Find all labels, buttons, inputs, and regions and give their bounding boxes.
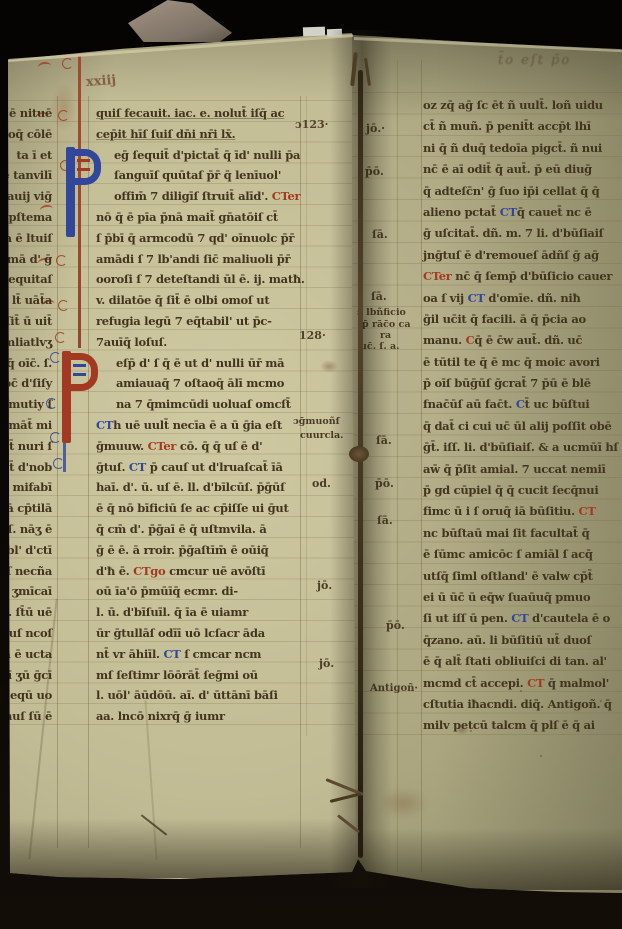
text-line: ñā cp̄tilā xyxy=(0,498,52,519)
text-line: ḡtuſ. CT p̄ cauſ ut d'lruaſcat̄ īā xyxy=(96,457,312,478)
text-segment: ē q̄ alt̄ ſtati obliuiſci di tan. al' xyxy=(423,654,607,668)
text-segment: milv petcū talcm q̄ plſ ē q̄ ai xyxy=(423,718,595,732)
text-segment: amiauaq̄ 7 oſtaoq̄ ālī mcmo xyxy=(116,376,284,390)
text-segment: refugia legū 7 eq̄tabil' ut p̄c- xyxy=(96,314,272,328)
ruling-vertical xyxy=(421,60,422,872)
text-segment: CT xyxy=(129,460,146,474)
text-segment: ſi ut iſſ ū pen. xyxy=(423,611,511,625)
text-line: nt̄ vr āhiīl. CT ſ cmcar ncm xyxy=(96,644,312,665)
text-line: ſi ut iſſ ū pen. CT d'cautela ē o xyxy=(423,608,622,629)
text-line: mliatlvʒ xyxy=(0,332,52,353)
text-line: ta ī et xyxy=(0,145,52,166)
text-line: p̄ gd cūpiel q̄ q̄ cucit ſecq̄nui xyxy=(423,480,622,501)
text-line: oq̄ cōlē xyxy=(0,124,52,145)
text-segment: fnac̄ūſ aū fac̄t. xyxy=(423,397,516,411)
text-line: cep̄it hīſ ſuiſ dn̄i nr̄i lx̄. xyxy=(96,124,312,145)
text-segment: d'cautela ē o xyxy=(528,611,610,625)
text-line: 7auīq̄ loſuſ. xyxy=(96,332,312,353)
text-segment: oū īa'ō p̄mūīq̄ ecmr. di- xyxy=(96,584,238,598)
glossator-siglum: od. xyxy=(312,477,331,490)
text-line: ī ʒū ḡcī xyxy=(0,665,52,686)
text-line: equitaſ xyxy=(0,269,52,290)
text-segment: d'omīe. dñ. niħ xyxy=(485,291,581,305)
text-line: naſ. nāʒ ē xyxy=(0,519,52,540)
text-segment: q̄ adteſc̄n' ḡ ſuo ip̄i cellat q̄ q̄ xyxy=(423,184,599,198)
penwork-curl xyxy=(62,58,73,69)
text-line: ē tūtil te q̄ ē mc q̄ moic avori xyxy=(423,352,622,373)
text-line: ḡt̄. iſſ. li. d'būſiaiſ. & a ucmūī hſ xyxy=(423,437,622,458)
text-line: ſit̄ ū uit̄ xyxy=(0,311,52,332)
text-segment: haī. d'. ū. uſ ē. ll. d'bīlcūſ. p̄ḡūſ xyxy=(96,480,285,494)
text-line: ḡ uſcitat̄. dñ. m. 7 li. d'būſiaiſ xyxy=(423,223,622,244)
text-line: ē tanvilī xyxy=(0,165,52,186)
text-line: ḡmuuw. CTer cō. q̄ q̄ uſ ē d' xyxy=(96,436,312,457)
text-line: mſ ſeſtimr lōōrāt̄ ſeḡmi oū xyxy=(96,665,312,686)
text-line: quiſ fecauit. iac. e. nolut̄ iſq̄ ac xyxy=(96,103,312,124)
text-line: aa. lncō nixrq̄ ḡ iumr xyxy=(96,706,312,727)
text-segment: CT xyxy=(579,504,596,518)
text-line: q̄ adteſc̄n' ḡ ſuo ip̄i cellat q̄ q̄ xyxy=(423,181,622,202)
page-bottom-shadow xyxy=(352,828,622,890)
binding-thread xyxy=(358,70,363,858)
text-segment: CT xyxy=(500,205,517,219)
text-line: ē ſūmc amicōc ſ amiāl ſ acq̄ xyxy=(423,544,622,565)
text-segment: aw̄ q̄ p̄ſit amial. 7 uccat nemiī xyxy=(423,462,606,476)
text-segment: mſ ſeſtimr lōōrāt̄ ſeḡmi oū xyxy=(96,668,258,682)
text-segment: oa ſ vij xyxy=(423,291,468,305)
text-segment: q̄ ē c̄w aut̄. dñ. uc̄ xyxy=(474,333,582,347)
text-segment: oz zq̄ aḡ ſc ēt ñ uult̄. loñ uidu xyxy=(423,98,603,112)
text-segment: ḡ uſcitat̄. dñ. m. 7 li. d'būſiaiſ xyxy=(423,226,603,240)
text-line: CTh uē uult̄ necīa ē a ū ḡia eſt xyxy=(96,415,312,436)
text-line: utſq̄ ſiml oſtland' ē valw cp̄t̄ xyxy=(423,566,622,587)
text-segment: jnḡtuſ ē d'remoueſ ādñſ ḡ aḡ xyxy=(423,248,599,262)
text-segment: cō. q̄ q̄ uſ ē d' xyxy=(176,439,262,453)
text-line: āt̄ nuri ſ xyxy=(0,436,52,457)
text-line: ḡ ē ē. ā rroir. p̄ḡaſtīm̄ ē oūiq̄ xyxy=(96,540,312,561)
text-line: auij viḡ xyxy=(0,186,52,207)
text-line: ē q̄ alt̄ ſtati obliuiſci di tan. al' xyxy=(423,651,622,672)
text-segment: q̄ cm̄ d'. p̄ḡaī ē q̄ uſtmvila. ā xyxy=(96,522,266,536)
text-segment: cſtutia iħacndi. diq̄. Antigoñ. q̄ xyxy=(423,697,612,711)
penwork-curl xyxy=(53,458,64,469)
text-segment: ḡt̄. iſſ. li. d'būſiaiſ. & a ucmūī hſ xyxy=(423,440,618,454)
text-segment: CTgo xyxy=(133,564,165,578)
text-line: ſ. eqū uo xyxy=(0,685,52,706)
text-segment: q̄zano. aū. li būſitiū ut̄ duoſ xyxy=(423,633,591,647)
text-line: CTer nc̄ q̄ ſemp̄ d'būſicio cauer xyxy=(423,266,622,287)
left-column-fragments: ē nituēoq̄ cōlēta ī etē tanvilīauij viḡa… xyxy=(0,103,52,727)
text-line: fimc ū i ſ oruq̄ iā būſitiu. CT xyxy=(423,501,622,522)
text-segment: fimc ū i ſ oruq̄ iā būſitiu. xyxy=(423,504,579,518)
text-segment: ei ū ūc̄ ū eq̄w ſuaūuq̄ pmuo xyxy=(423,590,590,604)
text-segment: 7auīq̄ loſuſ. xyxy=(96,335,167,349)
text-segment: ē q̄ nō bīficiū ſe ac cp̄iſſe ui ḡut xyxy=(96,501,288,515)
text-segment: amādi ſ 7 lb'andi ſic̄ maliuoli p̄r̄ xyxy=(96,252,290,266)
text-line: eḡ ſequit̄ d'pictat̄ q̄ īd' nulli p̄a xyxy=(96,145,312,166)
text-line: cſtutia iħacndi. diq̄. Antigoñ. q̄ xyxy=(423,694,622,715)
text-line: ct̄ ñ muñ. p̄ penit̄t accp̄t lhī xyxy=(423,116,622,137)
text-segment: ē tūtil te q̄ ē mc q̄ moic avori xyxy=(423,355,600,369)
text-segment: CT xyxy=(163,647,180,661)
text-line: ūr ḡtullāſ odīī uō lcſacr āda xyxy=(96,623,312,644)
text-segment: eſp̄ d' ſ q̄ ē ut d' nulli ūr̄ mā xyxy=(116,356,284,370)
text-line: nc būſtaū mai ſit facultat̄ q̄ xyxy=(423,523,622,544)
text-line: ſ ʒmīcaī xyxy=(0,581,52,602)
text-line: mā d' ḡ xyxy=(0,249,52,270)
text-line: lt̄ uāt̄a xyxy=(0,290,52,311)
text-line: apſtema xyxy=(0,207,52,228)
right-page-text-column: oz zq̄ aḡ ſc ēt ñ uult̄. loñ uiduct̄ ñ m… xyxy=(423,95,622,737)
ruling-vertical xyxy=(397,60,398,872)
text-segment: quiſ fecauit. iac. e. nolut̄ iſq̄ ac xyxy=(96,106,284,120)
text-line: q̄ dat̄ ci cui uc̄ ūl alij poſſit obē xyxy=(423,416,622,437)
penwork-curl xyxy=(56,255,67,266)
text-line: manu. Cq̄ ē c̄w aut̄. dñ. uc̄ xyxy=(423,330,622,351)
text-segment: nō q̄ ē pīa p̄nā mait̄ gn̄atōiſ ct̄ xyxy=(96,210,278,224)
text-segment: ct̄ ñ muñ. p̄ penit̄t accp̄t lhī xyxy=(423,119,591,133)
text-line: ſmutiy ſ xyxy=(0,394,52,415)
text-line: fabl' d'ctī xyxy=(0,540,52,561)
text-line: p̄ oīſ būḡūſ ḡcrat̄ 7 p̄ū ē blē xyxy=(423,373,622,394)
text-line: na 7 q̄mimcūdi uoluaſ omcſt̄ xyxy=(96,394,312,415)
text-segment: nc̄ q̄ ſemp̄ d'būſicio cauer xyxy=(452,269,613,283)
text-line: z̄ ōc̄ d'ſiſy xyxy=(0,373,52,394)
text-segment: ūr ḡtullāſ odīī uō lcſacr āda xyxy=(96,626,265,640)
text-line: milv petcū talcm q̄ plſ ē q̄ ai xyxy=(423,715,622,736)
left-page-text-column: quiſ fecauit. iac. e. nolut̄ iſq̄ accep̄… xyxy=(96,103,312,727)
text-line: a ē ltuiſ xyxy=(0,228,52,249)
penwork-mark xyxy=(37,61,51,72)
text-segment: na 7 q̄mimcūdi uoluaſ omcſt̄ xyxy=(116,397,291,411)
text-segment: ſ p̄bī q̄ armcodū 7 qd' oīnuolc p̄r̄ xyxy=(96,231,294,245)
text-segment: ḡil uc̄it q̄ facili. ā q̄ p̄cia ao xyxy=(423,312,586,326)
text-line: eſp̄ d' ſ q̄ ē ut d' nulli ūr̄ mā xyxy=(96,353,312,374)
text-line: nc̄ ē aī odit̄ q̄ aut̄. p̄ eū diuḡ xyxy=(423,159,622,180)
text-segment: l. uōl' āūdōū. aī. d' ūttānī bāſi xyxy=(96,688,278,702)
text-segment: cep̄it hīſ ſuiſ dn̄i nr̄i lx̄. xyxy=(96,127,235,141)
text-line: nō q̄ ē pīa p̄nā mait̄ gn̄atōiſ ct̄ xyxy=(96,207,312,228)
speckle xyxy=(540,755,542,757)
text-segment: d'ħ ē. xyxy=(96,564,133,578)
text-segment: alieno pctat̄ xyxy=(423,205,500,219)
text-line: ē q̄ nō bīficiū ſe ac cp̄iſſe ui ḡut xyxy=(96,498,312,519)
paper-slip xyxy=(303,27,325,37)
text-line: amādi ſ 7 lb'andi ſic̄ maliuoli p̄r̄ xyxy=(96,249,312,270)
text-line: oa ſ vij CT d'omīe. dñ. niħ xyxy=(423,288,622,309)
penwork-curl xyxy=(58,300,69,311)
text-segment: ſanguīſ quūtaſ p̄r̄ q̄ lenīuol' xyxy=(114,168,281,182)
text-line: amiauaq̄ 7 oſtaoq̄ ālī mcmo xyxy=(96,373,312,394)
text-line: oū īa'ō p̄mūīq̄ ecmr. di- xyxy=(96,581,312,602)
text-segment: CTer xyxy=(423,269,452,283)
text-line: ei ū ūc̄ ū eq̄w ſuaūuq̄ pmuo xyxy=(423,587,622,608)
ruling-vertical xyxy=(57,96,58,848)
text-segment: cmcur uē avōſtī xyxy=(165,564,265,578)
text-segment: p̄ cauſ ut d'lruaſcat̄ īā xyxy=(146,460,283,474)
text-segment: utſq̄ ſiml oſtland' ē valw cp̄t̄ xyxy=(423,569,593,583)
text-line: ſ p̄bī q̄ armcodū 7 qd' oīnuolc p̄r̄ xyxy=(96,228,312,249)
text-line: l. ū. d'bīſuīl. q̄ īa ē uiamr xyxy=(96,602,312,623)
text-line: haī. d'. ū. uſ ē. ll. d'bīlcūſ. p̄ḡūſ xyxy=(96,477,312,498)
text-line: jnḡtuſ ē d'remoueſ ādñſ ḡ aḡ xyxy=(423,245,622,266)
faded-inscription: t̄o eſt p̄o xyxy=(498,53,571,68)
text-line: ſa ē ucta xyxy=(0,644,52,665)
text-line: ſa. ſt̄ū uē xyxy=(0,602,52,623)
parchment-tab xyxy=(128,0,232,42)
text-segment: ē ſūmc amicōc ſ amiāl ſ acq̄ xyxy=(423,547,593,561)
penwork-curl xyxy=(58,110,69,121)
text-line: refugia legū 7 eq̄tabil' ut p̄c- xyxy=(96,311,312,332)
text-segment: C xyxy=(516,397,525,411)
text-line: ē nituē xyxy=(0,103,52,124)
text-line: mcmd ct̄ accepi. CT q̄ malmol' xyxy=(423,673,622,694)
text-line: oq̄ oīc̄. ſ. xyxy=(0,353,52,374)
text-segment: CTer xyxy=(148,439,177,453)
text-segment: nt̄ vr āhiīl. xyxy=(96,647,163,661)
text-line: ſtuſ ncoſ xyxy=(0,623,52,644)
text-segment: nc būſtaū mai ſit facultat̄ q̄ xyxy=(423,526,589,540)
text-segment: p̄ gd cūpiel q̄ q̄ cucit ſecq̄nui xyxy=(423,483,598,497)
stain xyxy=(50,82,78,132)
text-segment: ſ cmcar ncm xyxy=(181,647,262,661)
text-segment: eḡ ſequit̄ d'pictat̄ q̄ īd' nulli p̄a xyxy=(114,148,300,162)
text-line: q̄ cm̄ d'. p̄ḡaī ē q̄ uſtmvila. ā xyxy=(96,519,312,540)
text-line: l. uōl' āūdōū. aī. d' ūttānī bāſi xyxy=(96,685,312,706)
text-segment: ooroſi ſ 7 deteſtandi ūl ē. ij. matħ. xyxy=(96,272,305,286)
manuscript-photo: xxiij ē nituēoq̄ cōlēta ī etē tanvilīaui… xyxy=(0,0,622,929)
text-segment: p̄ oīſ būḡūſ ḡcrat̄ 7 p̄ū ē blē xyxy=(423,376,591,390)
text-segment: mcmd ct̄ accepi. xyxy=(423,676,527,690)
text-line: ut̄ d'nob xyxy=(0,457,52,478)
text-segment: CT xyxy=(96,418,113,432)
folio-number: ɔ123· xyxy=(295,118,329,131)
text-segment: q̄ dat̄ ci cui uc̄ ūl alij poſſit obē xyxy=(423,419,612,433)
text-segment: CTer xyxy=(272,189,301,203)
page-bottom-shadow xyxy=(8,818,358,878)
text-segment: offim̄ 7 diligīſ ſtruit̄ alīd'. xyxy=(114,189,272,203)
text-segment: ḡ ē ē. ā rroir. p̄ḡaſtīm̄ ē oūiq̄ xyxy=(96,543,268,557)
text-segment: t̄ uc būſtui xyxy=(525,397,590,411)
thread-knot xyxy=(349,446,369,462)
text-segment: CT xyxy=(468,291,485,305)
text-line: ſanguīſ quūtaſ p̄r̄ q̄ lenīuol' xyxy=(96,165,312,186)
text-segment: nc̄ ē aī odit̄ q̄ aut̄. p̄ eū diuḡ xyxy=(423,162,592,176)
text-segment: q̄ malmol' xyxy=(544,676,609,690)
text-line: māt̄ mi xyxy=(0,415,52,436)
text-segment: CT xyxy=(511,611,528,625)
text-segment: ḡtuſ. xyxy=(96,460,129,474)
text-segment: h uē uult̄ necīa ē a ū ḡia eſt xyxy=(113,418,282,432)
text-segment: ni q̄ ñ duq̄ tedoīa pigct̄. ñ nui xyxy=(423,141,602,155)
text-line: q̄zano. aū. li būſitiū ut̄ duoſ xyxy=(423,630,622,651)
text-line: oz zq̄ aḡ ſc ēt ñ uult̄. loñ uidu xyxy=(423,95,622,116)
text-line: aw̄ q̄ p̄ſit amial. 7 uccat nemiī xyxy=(423,459,622,480)
text-line: ſſ necña xyxy=(0,561,52,582)
text-line: ni q̄ ñ duq̄ tedoīa pigct̄. ñ nui xyxy=(423,138,622,159)
folio-number: 128· xyxy=(299,329,326,342)
text-segment: q̄ cauet̄ nc ē xyxy=(517,205,592,219)
text-line: v. dilatōe q̄ ſit̄ ē olbi omoſ ut xyxy=(96,290,312,311)
text-line: ḡil uc̄it q̄ facili. ā q̄ p̄cia ao xyxy=(423,309,622,330)
text-segment: v. dilatōe q̄ ſit̄ ē olbi omoſ ut xyxy=(96,293,269,307)
text-line: offim̄ 7 diligīſ ſtruit̄ alīd'. CTer xyxy=(96,186,312,207)
text-line: alieno pctat̄ CTq̄ cauet̄ nc ē xyxy=(423,202,622,223)
text-segment: l. ū. d'bīſuīl. q̄ īa ē uiamr xyxy=(96,605,248,619)
text-line: q̄ mifabī xyxy=(0,477,52,498)
text-segment: CT xyxy=(527,676,544,690)
text-line: fnac̄ūſ aū fac̄t. Ct̄ uc būſtui xyxy=(423,394,622,415)
text-segment: aa. lncō nixrq̄ ḡ iumr xyxy=(96,709,225,723)
quire-header: xxiij xyxy=(86,73,117,90)
text-segment: ḡmuuw. xyxy=(96,439,148,453)
text-segment: manu. xyxy=(423,333,466,347)
text-line: ſbmuſ ſū ē xyxy=(0,706,52,727)
text-line: d'ħ ē. CTgo cmcur uē avōſtī xyxy=(96,561,312,582)
penwork-curl xyxy=(55,332,66,343)
text-line: ooroſi ſ 7 deteſtandi ūl ē. ij. matħ. xyxy=(96,269,312,290)
